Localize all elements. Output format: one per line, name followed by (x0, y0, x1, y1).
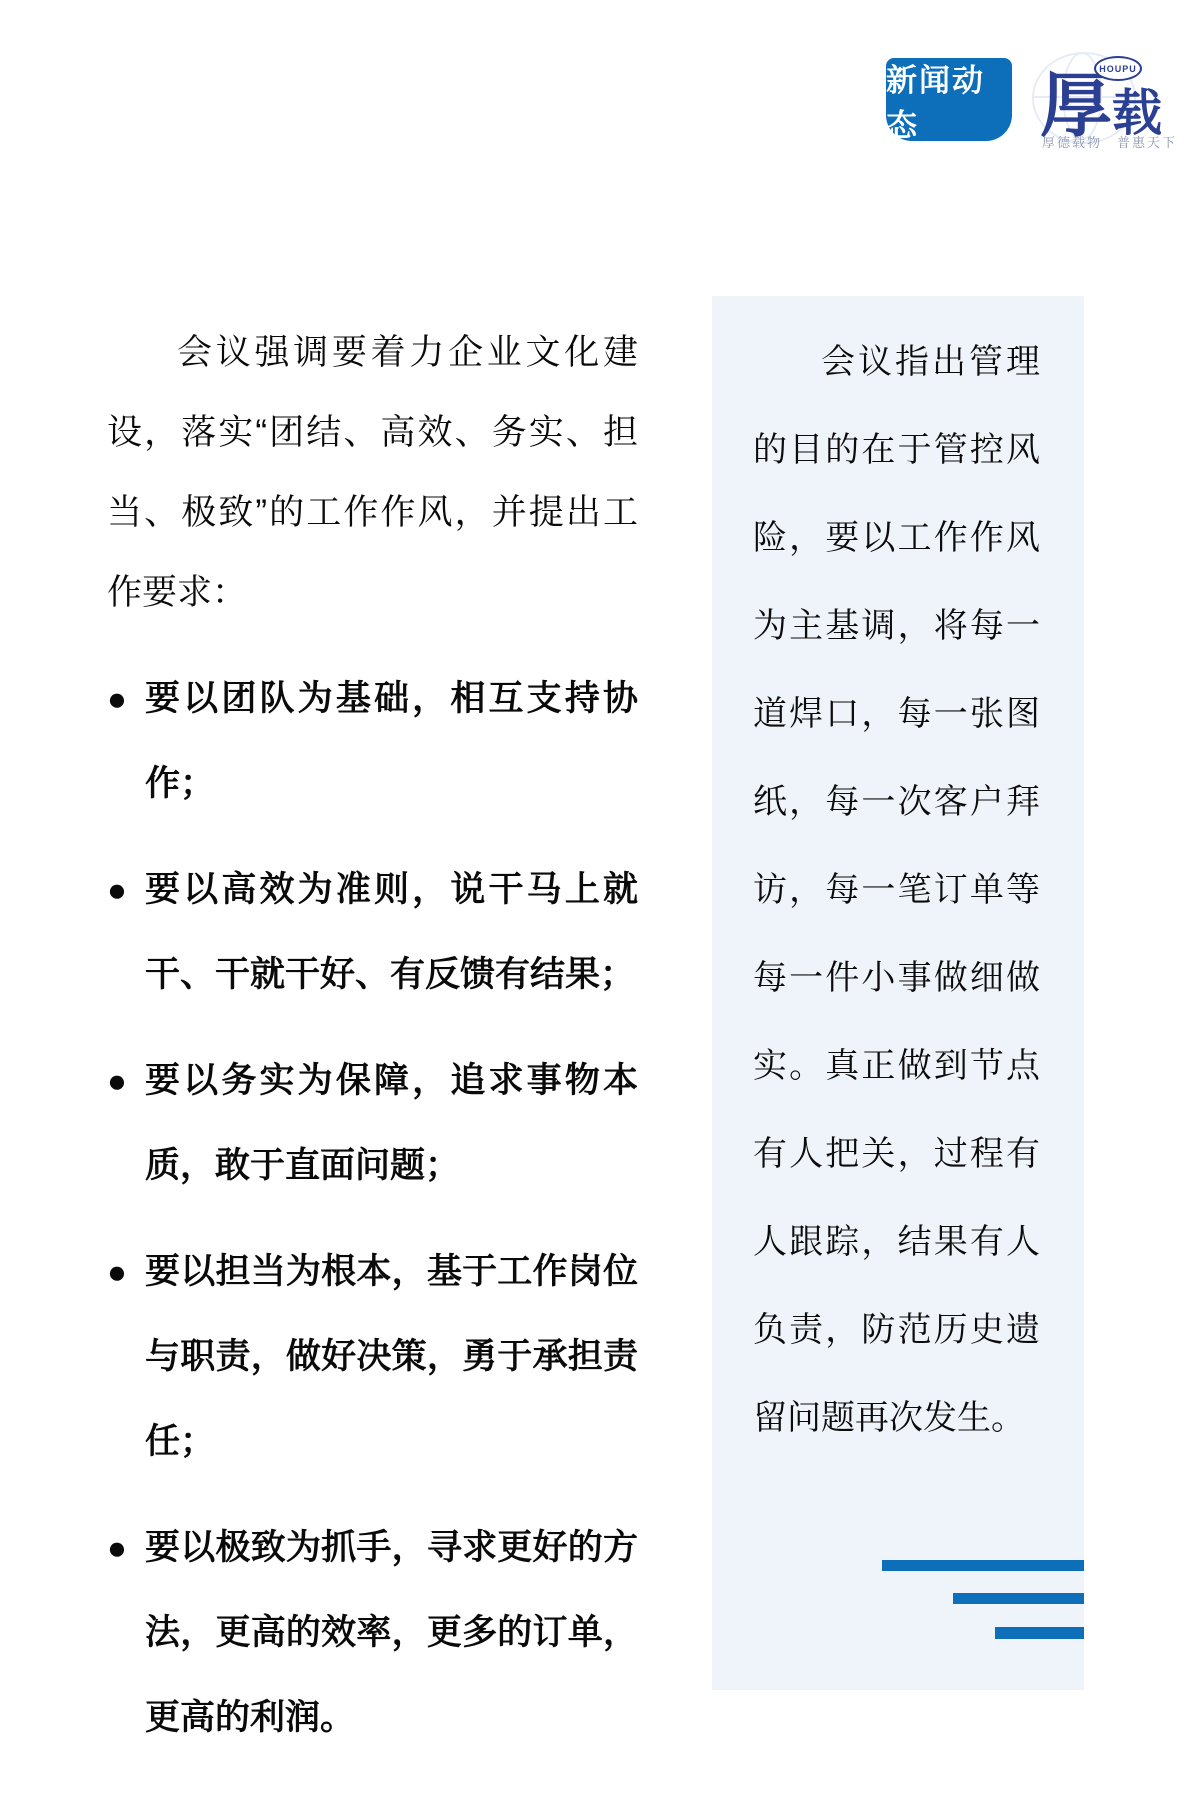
bullet-dot-icon: ● (107, 656, 127, 741)
bullet-text: 要以担当为根本，基于工作岗位与职责，做好决策，勇于承担责任； (145, 1252, 638, 1461)
decorative-bar (995, 1627, 1084, 1639)
list-item: ● 要以担当为根本，基于工作岗位与职责，做好决策，勇于承担责任； (107, 1229, 638, 1484)
bullet-dot-icon: ● (107, 1229, 127, 1314)
list-item: ● 要以团队为基础，相互支持协作； (107, 656, 638, 826)
article-page: 新闻动态 厚载 HOUPU 厚德载物 普惠天下 会议强调要着力企业文化建设，落实… (0, 0, 1200, 1800)
news-section-badge: 新闻动态 (886, 58, 1012, 141)
intro-paragraph: 会议强调要着力企业文化建设，落实“团结、高效、务实、担当、极致”的工作作风，并提… (107, 313, 638, 633)
bullet-dot-icon: ● (107, 847, 127, 932)
news-badge-label: 新闻动态 (886, 55, 1012, 145)
decorative-bar (953, 1593, 1084, 1604)
highlight-panel: 会议指出管理的目的在于管控风险，要以工作作风为主基调，将每一道焊口，每一张图纸，… (712, 296, 1084, 1690)
list-item: ● 要以极致为抓手，寻求更好的方法，更高的效率，更多的订单，更高的利润。 (107, 1505, 638, 1760)
houpu-oval-label: HOUPU (1099, 64, 1137, 74)
houpu-oval-badge: HOUPU (1094, 56, 1142, 81)
bullet-dot-icon: ● (107, 1505, 127, 1590)
bullet-text: 要以高效为准则，说干马上就干、干就干好、有反馈有结果； (145, 870, 638, 994)
bullet-dot-icon: ● (107, 1038, 127, 1123)
bullet-text: 要以务实为保障，追求事物本质，敢于直面问题； (145, 1061, 638, 1185)
list-item: ● 要以高效为准则，说干马上就干、干就干好、有反馈有结果； (107, 847, 638, 1017)
highlight-paragraph: 会议指出管理的目的在于管控风险，要以工作作风为主基调，将每一道焊口，每一张图纸，… (712, 296, 1084, 1462)
work-requirements-list: ● 要以团队为基础，相互支持协作； ● 要以高效为准则，说干马上就干、干就干好、… (107, 656, 638, 1760)
bullet-text: 要以极致为抓手，寻求更好的方法，更高的效率，更多的订单，更高的利润。 (145, 1528, 638, 1737)
logo-tagline: 厚德载物 普惠天下 (1042, 132, 1177, 151)
logo-calligraphy-text: 厚载 (1040, 76, 1162, 136)
bullet-text: 要以团队为基础，相互支持协作； (145, 679, 638, 803)
list-item: ● 要以务实为保障，追求事物本质，敢于直面问题； (107, 1038, 638, 1208)
main-text-column: 会议强调要着力企业文化建设，落实“团结、高效、务实、担当、极致”的工作作风，并提… (107, 313, 638, 1781)
company-logo: 厚载 HOUPU 厚德载物 普惠天下 (1032, 38, 1192, 150)
decorative-bar (882, 1560, 1084, 1571)
